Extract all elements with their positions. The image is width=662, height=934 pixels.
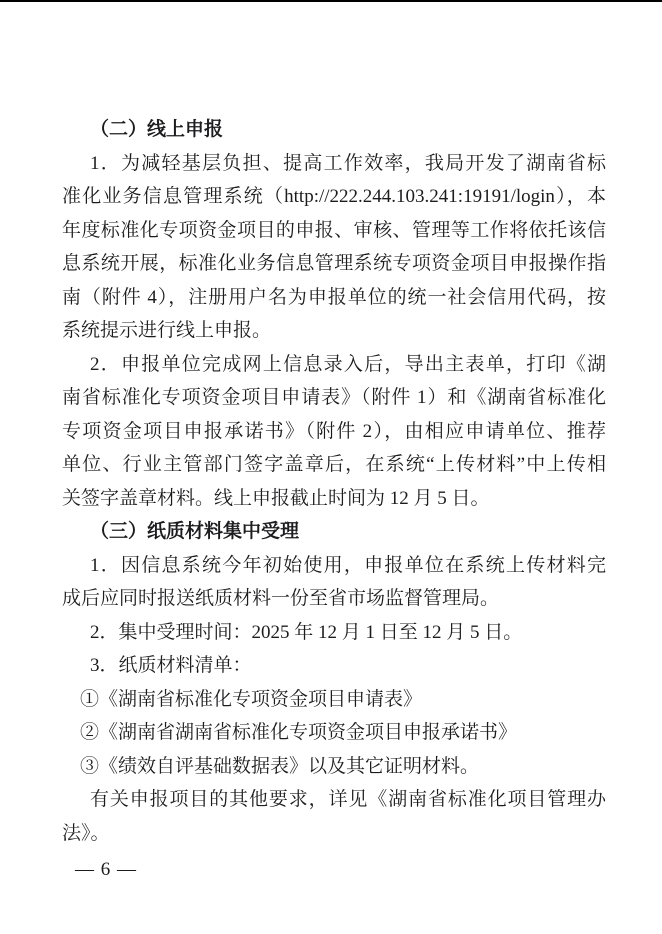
text-line: 1．因信息系统今年初始使用，申报单位在系统上传材料完: [62, 549, 606, 583]
section-heading: （二）线上申报: [62, 113, 606, 147]
text-line: 南（附件 4），注册用户名为申报单位的统一社会信用代码，按: [62, 281, 606, 315]
text-line: ②《湖南省湖南省标准化专项资金项目申报承诺书》: [62, 716, 606, 750]
text-line: 年度标准化专项资金项目的申报、审核、管理等工作将依托该信: [62, 214, 606, 248]
text-line: 2．集中受理时间：2025 年 12 月 1 日至 12 月 5 日。: [62, 616, 606, 650]
text-line: 1．为减轻基层负担、提高工作效率，我局开发了湖南省标: [62, 147, 606, 181]
text-line: 2．申报单位完成网上信息录入后，导出主表单，打印《湖: [62, 348, 606, 382]
document-page: （二）线上申报1．为减轻基层负担、提高工作效率，我局开发了湖南省标准化业务信息管…: [0, 0, 662, 934]
page-footer: — 6 —: [75, 857, 137, 883]
section-heading: （三）纸质材料集中受理: [62, 515, 606, 549]
text-line: 准化业务信息管理系统（http://222.244.103.241:19191/…: [62, 180, 606, 214]
text-line: 南省标准化专项资金项目申请表》（附件 1）和《湖南省标准化: [62, 381, 606, 415]
text-line: ①《湖南省标准化专项资金项目申请表》: [62, 683, 606, 717]
text-line: 单位、行业主管部门签字盖章后，在系统“上传材料”中上传相: [62, 448, 606, 482]
text-line: ③《绩效自评基础数据表》以及其它证明材料。: [62, 750, 606, 784]
page-number: — 6 —: [75, 859, 137, 880]
text-line: 系统提示进行线上申报。: [62, 314, 606, 348]
document-text-block: （二）线上申报1．为减轻基层负担、提高工作效率，我局开发了湖南省标准化业务信息管…: [62, 113, 606, 850]
text-line: 3．纸质材料清单：: [62, 649, 606, 683]
text-line: 息系统开展，标准化业务信息管理系统专项资金项目申报操作指: [62, 247, 606, 281]
text-line: 关签字盖章材料。线上申报截止时间为 12 月 5 日。: [62, 482, 606, 516]
text-line: 有关申报项目的其他要求，详见《湖南省标准化项目管理办: [62, 783, 606, 817]
text-line: 法》。: [62, 817, 606, 851]
text-line: 成后应同时报送纸质材料一份至省市场监督管理局。: [62, 582, 606, 616]
text-line: 专项资金项目申报承诺书》（附件 2），由相应申请单位、推荐: [62, 415, 606, 449]
